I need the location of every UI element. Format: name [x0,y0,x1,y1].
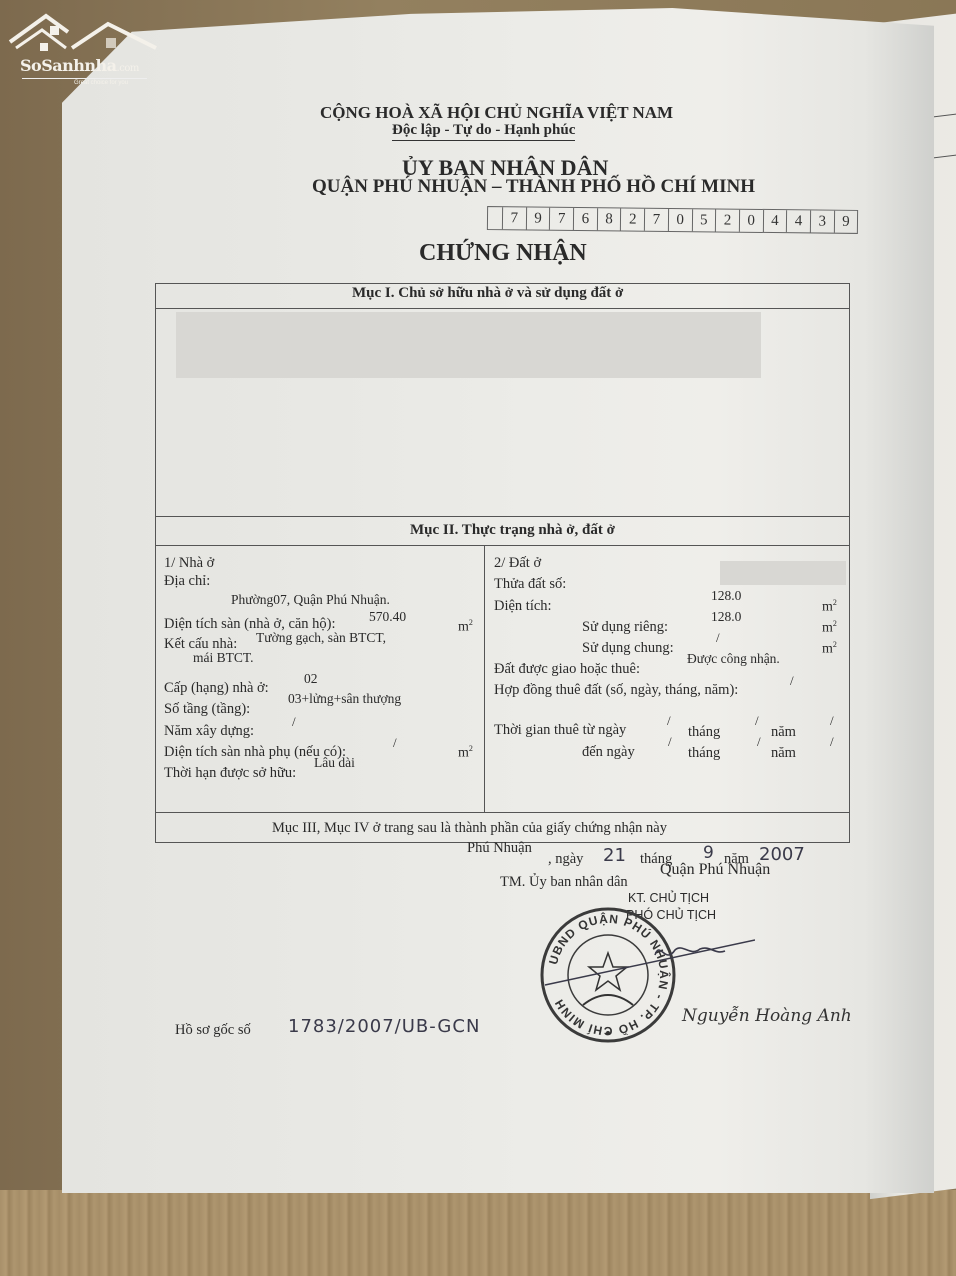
serial-digit: 7 [644,209,668,231]
aux-area-unit: m2 [458,744,473,762]
for-chairman-label: KT. CHỦ TỊCH [628,891,709,905]
watermark-brand: SoSanhnha.com [20,56,139,75]
aux-area-value: / [393,735,397,751]
allocation-value: Được công nhận. [687,651,780,667]
watermark-tagline: Great choice for you [74,80,128,86]
land-title: 2/ Đất ở [494,555,541,572]
grade-label: Cấp (hạng) nhà ở: [164,680,269,697]
house-title: 1/ Nhà ở [164,555,214,572]
serial-digit: 4 [762,210,786,232]
serial-digit: 9 [526,207,550,229]
serial-digit: 7 [549,208,573,230]
signing-month: 9 [703,843,714,863]
serial-digit: 9 [834,211,858,233]
certificate-title: CHỨNG NHẬN [419,240,587,267]
floor-area-value: 570.40 [369,609,406,625]
lease-from-day: / [667,713,671,729]
lease-from-label: Thời gian thuê từ ngày [494,722,626,739]
file-record-label: Hồ sơ gốc số [175,1022,251,1039]
year-built-value: / [292,714,296,730]
houses-icon [6,8,161,58]
shared-use-unit: m2 [822,640,837,658]
signer-name: Nguyễn Hoàng Anh [682,1006,852,1026]
year-built-label: Năm xây dựng: [164,723,254,740]
serial-digit: 3 [810,210,834,232]
national-motto: Độc lập - Tự do - Hạnh phúc [392,122,575,141]
on-behalf-label: TM. Ủy ban nhân dân [500,874,628,891]
lease-from-year-label: năm [771,724,796,741]
authority-district: QUẬN PHÚ NHUẬN – THÀNH PHỐ HỒ CHÍ MINH [312,176,755,198]
serial-digit: 8 [597,208,621,230]
section2-heading: Mục II. Thực trạng nhà ở, đất ở [410,522,615,539]
lease-to-month-label: tháng [688,745,720,762]
land-area-label: Diện tích: [494,598,552,615]
lease-from-year: / [830,713,834,729]
serial-digit: 2 [620,208,644,230]
serial-digit: 2 [715,209,739,231]
structure-value-roof: mái BTCT. [193,650,254,666]
certificate-serial-number: 797682705204439 [487,206,859,234]
lease-to-year: / [830,734,834,750]
plot-number-redacted [720,561,846,585]
lease-to-year-label: năm [771,745,796,762]
lease-to-month: / [757,734,761,750]
signing-place: Phú Nhuận [467,840,532,857]
address-label: Địa chỉ: [164,573,210,590]
section1-owner-redacted [176,312,761,378]
land-area-value: 128.0 [711,588,741,604]
serial-digit: 0 [739,210,763,232]
serial-digit: 6 [573,208,597,230]
land-area-unit: m2 [822,598,837,616]
shared-use-value: / [716,630,720,646]
lease-contract-label: Hợp đồng thuê đất (số, ngày, tháng, năm)… [494,682,738,699]
private-use-label: Sử dụng riêng: [582,619,668,636]
allocation-label: Đất được giao hoặc thuê: [494,661,640,678]
serial-digit: 5 [691,209,715,231]
floors-value: 03+lửng+sân thượng [288,691,401,707]
ownership-term-label: Thời hạn được sở hữu: [164,765,296,782]
grade-value: 02 [304,671,318,687]
file-record-number: 1783/2007/UB-GCN [288,1016,480,1037]
floor-area-unit: m2 [458,618,473,636]
serial-digit [488,207,502,229]
shared-use-label: Sử dụng chung: [582,640,674,657]
signing-district: Quận Phú Nhuận [660,861,770,879]
lease-from-month-label: tháng [688,724,720,741]
signing-day: 21 [603,845,626,866]
plot-label: Thửa đất số: [494,576,566,593]
lease-from-month: / [755,713,759,729]
lease-to-day: / [668,734,672,750]
signing-day-label: , ngày [548,851,583,868]
ownership-term-value: Lâu dài [314,755,355,771]
wooden-table-surface [0,1190,956,1276]
serial-digit: 7 [502,207,526,229]
floors-label: Số tầng (tầng): [164,701,250,718]
section1-heading: Mục I. Chủ sở hữu nhà ở và sử dụng đất ở [352,285,623,302]
serial-digit: 4 [786,210,810,232]
republic-heading: CỘNG HOÀ XÃ HỘI CHỦ NGHĨA VIỆT NAM [320,103,673,123]
watermark-logo: SoSanhnha.com Great choice for you [4,8,164,86]
serial-digit: 0 [668,209,692,231]
address-value: Phường07, Quận Phú Nhuận. [231,592,390,608]
footer-note: Mục III, Mục IV ở trang sau là thành phầ… [272,820,667,837]
structure-value: Tường gạch, sàn BTCT, [256,630,386,646]
private-use-value: 128.0 [711,609,741,625]
signature-scribble [525,935,755,995]
lease-contract-value: / [790,673,794,689]
private-use-unit: m2 [822,619,837,637]
lease-to-label: đến ngày [582,744,635,761]
